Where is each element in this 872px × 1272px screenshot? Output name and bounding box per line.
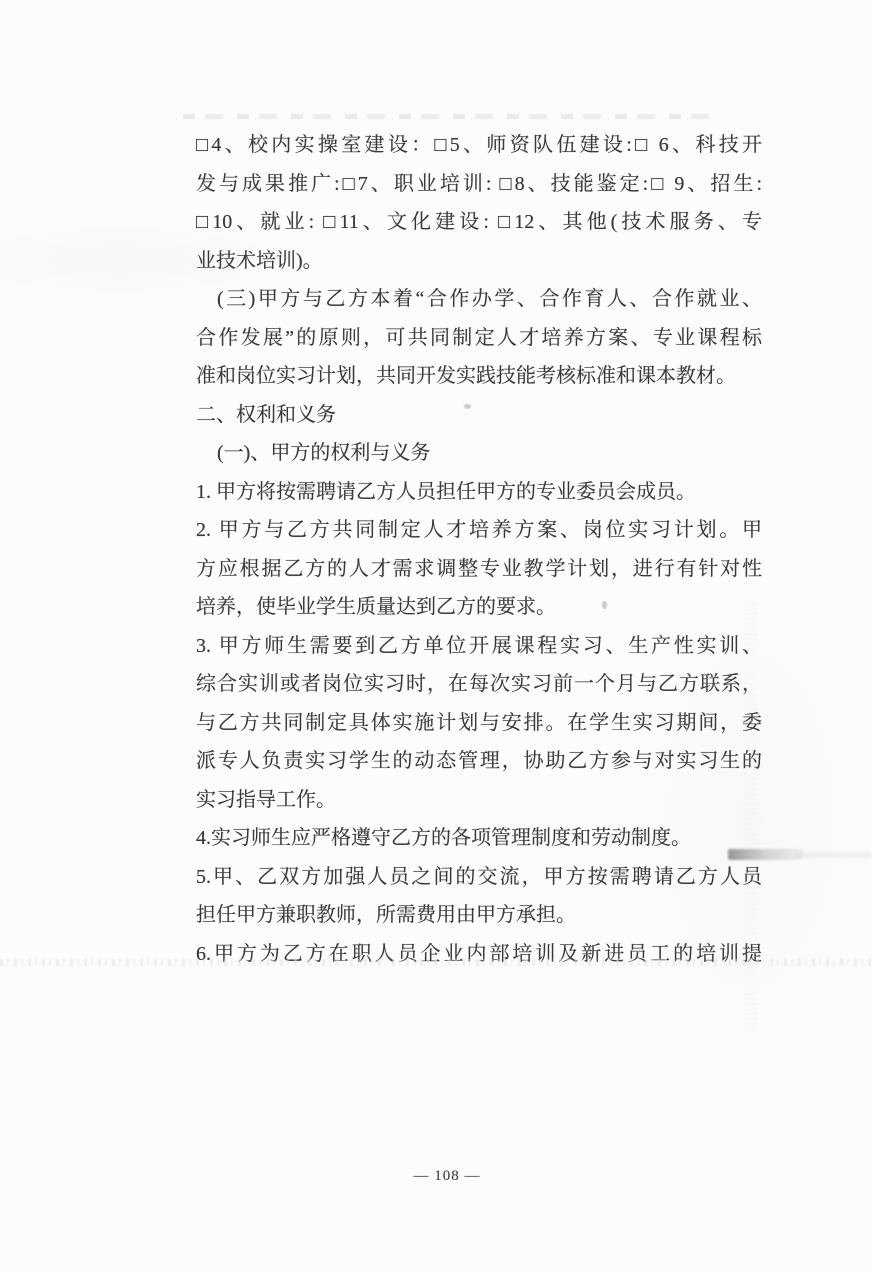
text-line: 实习指导工作。 (196, 781, 762, 820)
text-line: 培养，使毕业学生质量达到乙方的要求。 (196, 588, 762, 627)
scanned-document-page: □4、校内实操室建设：□5、师资队伍建设:□ 6、科技开 发与成果推广:□7、职… (0, 0, 872, 1272)
text-line: 与乙方共同制定具体实施计划与安排。在学生实习期间，委 (196, 704, 762, 743)
text-line: (三)甲方与乙方本着“合作办学、合作育人、合作就业、 (196, 280, 762, 319)
text-line: 合作发展”的原则，可共同制定人才培养方案、专业课程标 (196, 319, 762, 358)
text-line: 综合实训或者岗位实习时，在每次实习前一个月与乙方联系， (196, 665, 762, 704)
scan-artifact-smudge (728, 849, 803, 860)
scan-artifact-smudge-tail (795, 852, 872, 858)
section-heading-line: 二、权利和义务 (196, 396, 762, 435)
text-line: □4、校内实操室建设：□5、师资队伍建设:□ 6、科技开 (196, 126, 762, 165)
text-line: 发与成果推广:□7、职业培训: □8、技能鉴定:□ 9、招生: (196, 165, 762, 204)
text-line: 2. 甲方与乙方共同制定人才培养方案、岗位实习计划。甲 (196, 511, 762, 550)
scan-artifact-speck (602, 601, 607, 609)
page-number: — 108 — (22, 1168, 872, 1185)
text-line: 6.甲方为乙方在职人员企业内部培训及新进员工的培训提 (196, 935, 762, 974)
subsection-heading-line: (一)、甲方的权利与义务 (196, 434, 762, 473)
text-line: 4.实习师生应严格遵守乙方的各项管理制度和劳动制度。 (196, 819, 762, 858)
text-line: □10、就业: □11、文化建设: □12、其他(技术服务、专 (196, 203, 762, 242)
text-line: 3. 甲方师生需要到乙方单位开展课程实习、生产性实训、 (196, 627, 762, 666)
text-line: 5.甲、乙双方加强人员之间的交流，甲方按需聘请乙方人员 (196, 858, 762, 897)
scan-artifact-speck (464, 404, 471, 409)
text-line: 准和岗位实习计划，共同开发实践技能考核标准和课本教材。 (196, 357, 762, 396)
text-line: 方应根据乙方的人才需求调整专业教学计划，进行有针对性 (196, 550, 762, 589)
text-line: 1. 甲方将按需聘请乙方人员担任甲方的专业委员会成员。 (196, 473, 762, 512)
scan-artifact-bleed-line (183, 114, 723, 119)
scan-artifact-noise-band (0, 959, 872, 966)
document-body: □4、校内实操室建设：□5、师资队伍建设:□ 6、科技开 发与成果推广:□7、职… (196, 126, 762, 973)
text-line: 业技术培训)。 (196, 242, 762, 281)
text-line: 担任甲方兼职教师，所需费用由甲方承担。 (196, 896, 762, 935)
text-line: 派专人负责实习学生的动态管理，协助乙方参与对实习生的 (196, 742, 762, 781)
